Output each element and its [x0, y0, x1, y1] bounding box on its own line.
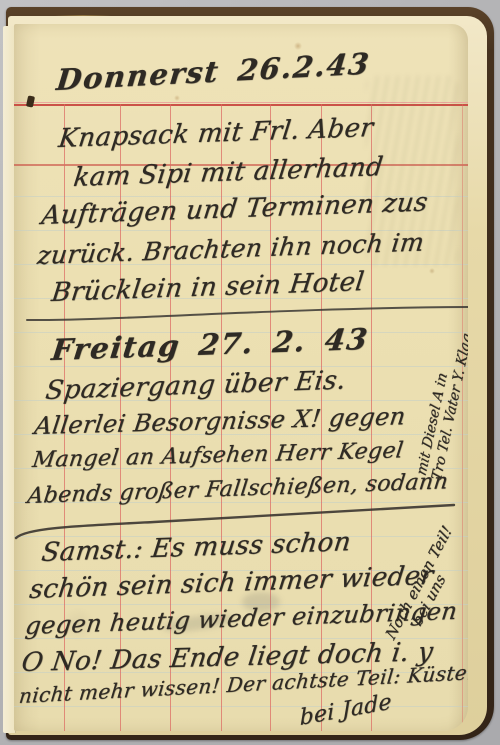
hand-underline-stroke [27, 307, 468, 320]
notebook-page: Donnerst 26.2.43 Knapsack mit Frl. Aber … [14, 24, 468, 731]
photo-background: Donnerst 26.2.43 Knapsack mit Frl. Aber … [0, 0, 500, 745]
